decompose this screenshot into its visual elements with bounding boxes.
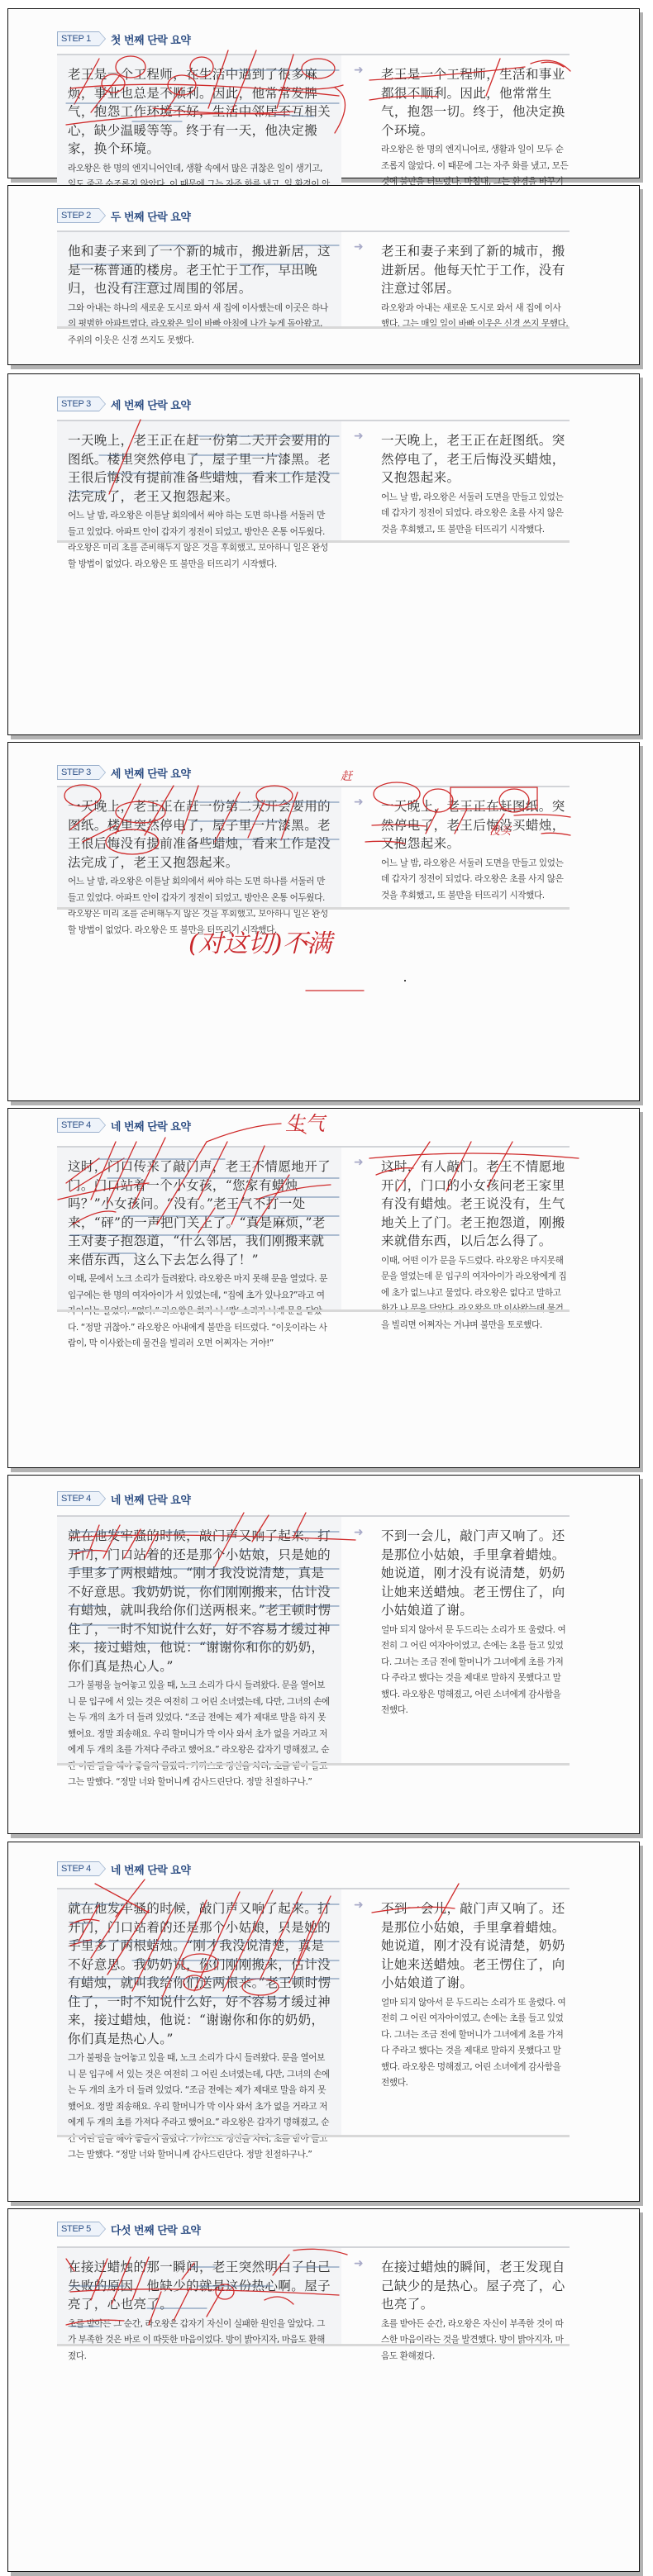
divider-bottom (57, 2135, 570, 2137)
divider-bottom (57, 1309, 570, 1312)
summary-korean-translation: 이때, 어떤 이가 문을 두드렸다. 라오왕은 마지못해 문을 열었는데 문 입… (381, 1253, 569, 1334)
summary-column: 一天晚上，老王正在赶图纸。突然停电了，老王后悔没买蜡烛，又抱怨起来。 어느 날 … (374, 421, 569, 538)
slide-panel-step4-part2: STEP 4 네 번째 단락 요약 就在他发牢骚的时候，敲门声又响了起来。打开门… (7, 1475, 640, 1834)
handwritten-small-note: 赶 (341, 768, 352, 784)
original-text-column: 这时，门口传来了敲门声，老王不情愿地开了门。门口站着一个小女孩，“您家有蜡烛吗？… (57, 1148, 341, 1309)
original-chinese-text: 就在他发牢骚的时候，敲门声又响了起来。打开门，门口站着的还是那个小姑娘，只是她的… (68, 1527, 331, 1675)
slide-panel-step2: STEP 2 두 번째 단락 요약 他和妻子来到了一个新的城市，搬进新居，这是一… (7, 185, 640, 365)
original-chinese-text: 一天晚上，老王正在赶一份第二天开会要用的图纸。楼里突然停电了，屋子里一片漆黑。老… (68, 797, 331, 872)
slide-panel-step3-annotated: STEP 3 세 번째 단락 요약 一天晚上，老王正在赶一份第二天开会要用的图纸… (7, 742, 640, 1101)
original-chinese-text: 在接过蜡烛的那一瞬间，老王突然明白了自己失败的原因，他缺少的就是这份热心啊。屋子… (68, 2258, 331, 2314)
step-badge: STEP 3 (57, 397, 99, 411)
original-text-column: 在接过蜡烛的那一瞬间，老王突然明白了自己失败的原因，他缺少的就是这份热心啊。屋子… (57, 2248, 341, 2344)
summary-column: 在接过蜡烛的瞬间，老王发现自己缺少的是热心。屋子亮了，心也亮了。 초를 받아든 … (374, 2248, 569, 2365)
original-text-column: 就在他发牢骚的时候，敲门声又响了起来。打开门，门口站着的还是那个小姑娘，只是她的… (57, 1889, 341, 2135)
arrow-right-icon: ➜ (354, 64, 364, 77)
summary-korean-translation: 어느 날 밤, 라오왕은 서둘러 도면을 만들고 있었는데 갑자기 정전이 되었… (381, 490, 569, 539)
divider-bottom (57, 2344, 570, 2346)
summary-column: 一天晚上，老王正在赶图纸。突然停电了，老王后悔没买蜡烛，又抱怨起来。 어느 날 … (374, 787, 569, 904)
step-header: STEP 4 네 번째 단락 요약 (57, 1861, 190, 1877)
original-chinese-text: 这时，门口传来了敲门声，老王不情愿地开了门。门口站着一个小女孩，“您家有蜡烛吗？… (68, 1157, 331, 1269)
divider-bottom (57, 907, 570, 910)
summary-chinese-text: 这时，有人敲门。老王不情愿地开门，门口的小女孩问老王家里有没有蜡烛。老王说没有，… (381, 1157, 569, 1251)
original-text-column: 老王是一个工程师，在生活中遇到了很多麻烦，事业也总是不顺利。因此，他常常发脾气，… (57, 55, 341, 188)
divider-bottom (57, 540, 570, 543)
step-title: 세 번째 단락 요약 (111, 765, 190, 781)
slide-panel-step1: STEP 1 첫 번째 단락 요약 老王是一个工程师，在生活中遇到了很多麻烦，事… (7, 8, 640, 178)
original-korean-translation: 그가 불평을 늘어놓고 있을 때, 노크 소리가 다시 들려왔다. 문을 열어보… (68, 1678, 331, 1791)
step-badge: STEP 2 (57, 208, 99, 223)
original-text-column: 他和妻子来到了一个新的城市，搬进新居，这是一栋普通的楼房。老王忙于工作，早出晚归… (57, 232, 341, 326)
summary-chinese-text: 一天晚上，老王正在赶图纸。突然停电了，老王后悔没买蜡烛，又抱怨起来。 (381, 797, 569, 853)
summary-column: 不到一会儿，敲门声又响了。还是那位小姑娘，手里拿着蜡烛。她说道，刚才没有说清楚，… (374, 1517, 569, 1719)
original-text-column: 一天晚上，老王正在赶一份第二天开会要用的图纸。楼里突然停电了，屋子里一片漆黑。老… (57, 787, 341, 908)
summary-chinese-text: 在接过蜡烛的瞬间，老王发现自己缺少的是热心。屋子亮了，心也亮了。 (381, 2258, 569, 2314)
summary-column: 老王和妻子来到了新的城市，搬进新居。他每天忙于工作，没有注意过邻居。 라오왕과 … (374, 232, 569, 333)
step-badge: STEP 4 (57, 1491, 99, 1506)
step-badge: STEP 4 (57, 1118, 99, 1133)
summary-column: 这时，有人敲门。老王不情愿地开门，门口的小女孩问老王家里有没有蜡烛。老王说没有，… (374, 1148, 569, 1333)
arrow-right-icon: ➜ (354, 1156, 364, 1169)
handwritten-small-note: 没买 (489, 822, 511, 838)
step-header: STEP 5 다섯 번째 단락 요약 (57, 2221, 200, 2237)
step-title: 세 번째 단락 요약 (111, 397, 190, 412)
step-header: STEP 3 세 번째 단락 요약 (57, 764, 190, 781)
summary-korean-translation: 얼마 되지 않아서 문 두드리는 소리가 또 울렸다. 여전히 그 어린 여자아… (381, 1995, 569, 2092)
step-title: 두 번째 단락 요약 (111, 208, 190, 224)
arrow-right-icon: ➜ (354, 430, 364, 443)
handwritten-note: 生气 (285, 1107, 325, 1136)
slide-panel-step4-part2-annotated: STEP 4 네 번째 단락 요약 就在他发牢骚的时候，敲门声又响了起来。打开门… (7, 1842, 640, 2202)
step-badge: STEP 3 (57, 765, 99, 780)
original-chinese-text: 就在他发牢骚的时候，敲门声又响了起来。打开门，门口站着的还是那个小姑娘，只是她的… (68, 1899, 331, 2048)
step-badge: STEP 1 (57, 31, 99, 46)
summary-chinese-text: 一天晚上，老王正在赶图纸。突然停电了，老王后悔没买蜡烛，又抱怨起来。 (381, 431, 569, 487)
summary-korean-translation: 초를 받아든 순간, 라오왕은 자신이 부족한 것이 따스한 마음이라는 것을 … (381, 2317, 569, 2365)
summary-column: 老王是一个工程师，生活和事业都很不顺利。因此，他常常生气，抱怨一切。终于，他决定… (374, 55, 569, 207)
slide-panel-step4: STEP 4 네 번째 단락 요약 生气 这时，门口传来了敲门声，老王不情愿地开… (7, 1108, 640, 1468)
original-korean-translation: 그와 아내는 하나의 새로운 도시로 와서 새 집에 이사했는데 이곳은 하나의… (68, 301, 331, 349)
summary-chinese-text: 不到一会儿，敲门声又响了。还是那位小姑娘，手里拿着蜡烛。她说道，刚才没有说清楚，… (381, 1899, 569, 1993)
arrow-right-icon: ➜ (354, 2257, 364, 2270)
step-header: STEP 1 첫 번째 단락 요약 (57, 31, 190, 47)
step-badge: STEP 4 (57, 1861, 99, 1876)
summary-column: 不到一会儿，敲门声又响了。还是那位小姑娘，手里拿着蜡烛。她说道，刚才没有说清楚，… (374, 1889, 569, 2092)
original-korean-translation: 초를 받아든 그 순간, 라오왕은 갑자기 자신이 실패한 원인을 알았다. 그… (68, 2317, 331, 2365)
step-header: STEP 3 세 번째 단락 요약 (57, 396, 190, 412)
original-chinese-text: 一天晚上，老王正在赶一份第二天开会要用的图纸。楼里突然停电了，屋子里一片漆黑。老… (68, 431, 331, 506)
arrow-right-icon: ➜ (354, 240, 364, 254)
arrow-right-icon: ➜ (354, 1899, 364, 1912)
step-title: 첫 번째 단락 요약 (111, 31, 190, 47)
slide-panel-step5: STEP 5 다섯 번째 단락 요약 在接过蜡烛的那一瞬间，老王突然明白了自己失… (7, 2208, 640, 2572)
step-title: 네 번째 단락 요약 (111, 1861, 190, 1877)
original-chinese-text: 他和妻子来到了一个新的城市，搬进新居，这是一栋普通的楼房。老王忙于工作，早出晚归… (68, 242, 331, 298)
arrow-right-icon: ➜ (354, 1526, 364, 1539)
original-text-column: 就在他发牢骚的时候，敲门声又响了起来。打开门，门口站着的还是那个小姑娘，只是她的… (57, 1517, 341, 1763)
summary-chinese-text: 老王和妻子来到了新的城市，搬进新居。他每天忙于工作，没有注意过邻居。 (381, 242, 569, 298)
summary-chinese-text: 老王是一个工程师，生活和事业都很不顺利。因此，他常常生气，抱怨一切。终于，他决定… (381, 65, 569, 140)
step-header: STEP 2 두 번째 단락 요약 (57, 207, 190, 224)
summary-korean-translation: 얼마 되지 않아서 문 두드리는 소리가 또 울렸다. 여전히 그 어린 여자아… (381, 1623, 569, 1719)
original-chinese-text: 老王是一个工程师，在生活中遇到了很多麻烦，事业也总是不顺利。因此，他常常发脾气，… (68, 65, 331, 159)
divider-bottom (57, 326, 570, 329)
divider-bottom (57, 1763, 570, 1766)
step-badge: STEP 5 (57, 2222, 99, 2236)
step-title: 다섯 번째 단락 요약 (111, 2222, 201, 2237)
step-title: 네 번째 단락 요약 (111, 1491, 190, 1507)
original-text-column: 一天晚上，老王正在赶一份第二天开会要用的图纸。楼里突然停电了，屋子里一片漆黑。老… (57, 421, 341, 540)
summary-korean-translation: 어느 날 밤, 라오왕은 서둘러 도면을 만들고 있었는데 갑자기 정전이 되었… (381, 856, 569, 905)
step-header: STEP 4 네 번째 단락 요약 (57, 1490, 190, 1507)
step-title: 네 번째 단락 요약 (111, 1118, 190, 1134)
summary-chinese-text: 不到一会儿，敲门声又响了。还是那位小姑娘，手里拿着蜡烛。她说道，刚才没有说清楚，… (381, 1527, 569, 1620)
arrow-right-icon: ➜ (354, 796, 364, 809)
handwritten-note: (对这切)不满 (188, 923, 331, 959)
slide-panel-step3: STEP 3 세 번째 단락 요약 一天晚上，老王正在赶一份第二天开会要用的图纸… (7, 373, 640, 735)
original-korean-translation: 그가 불평을 늘어놓고 있을 때, 노크 소리가 다시 들려왔다. 문을 열어보… (68, 2051, 331, 2164)
step-header: STEP 4 네 번째 단락 요약 (57, 1117, 190, 1134)
